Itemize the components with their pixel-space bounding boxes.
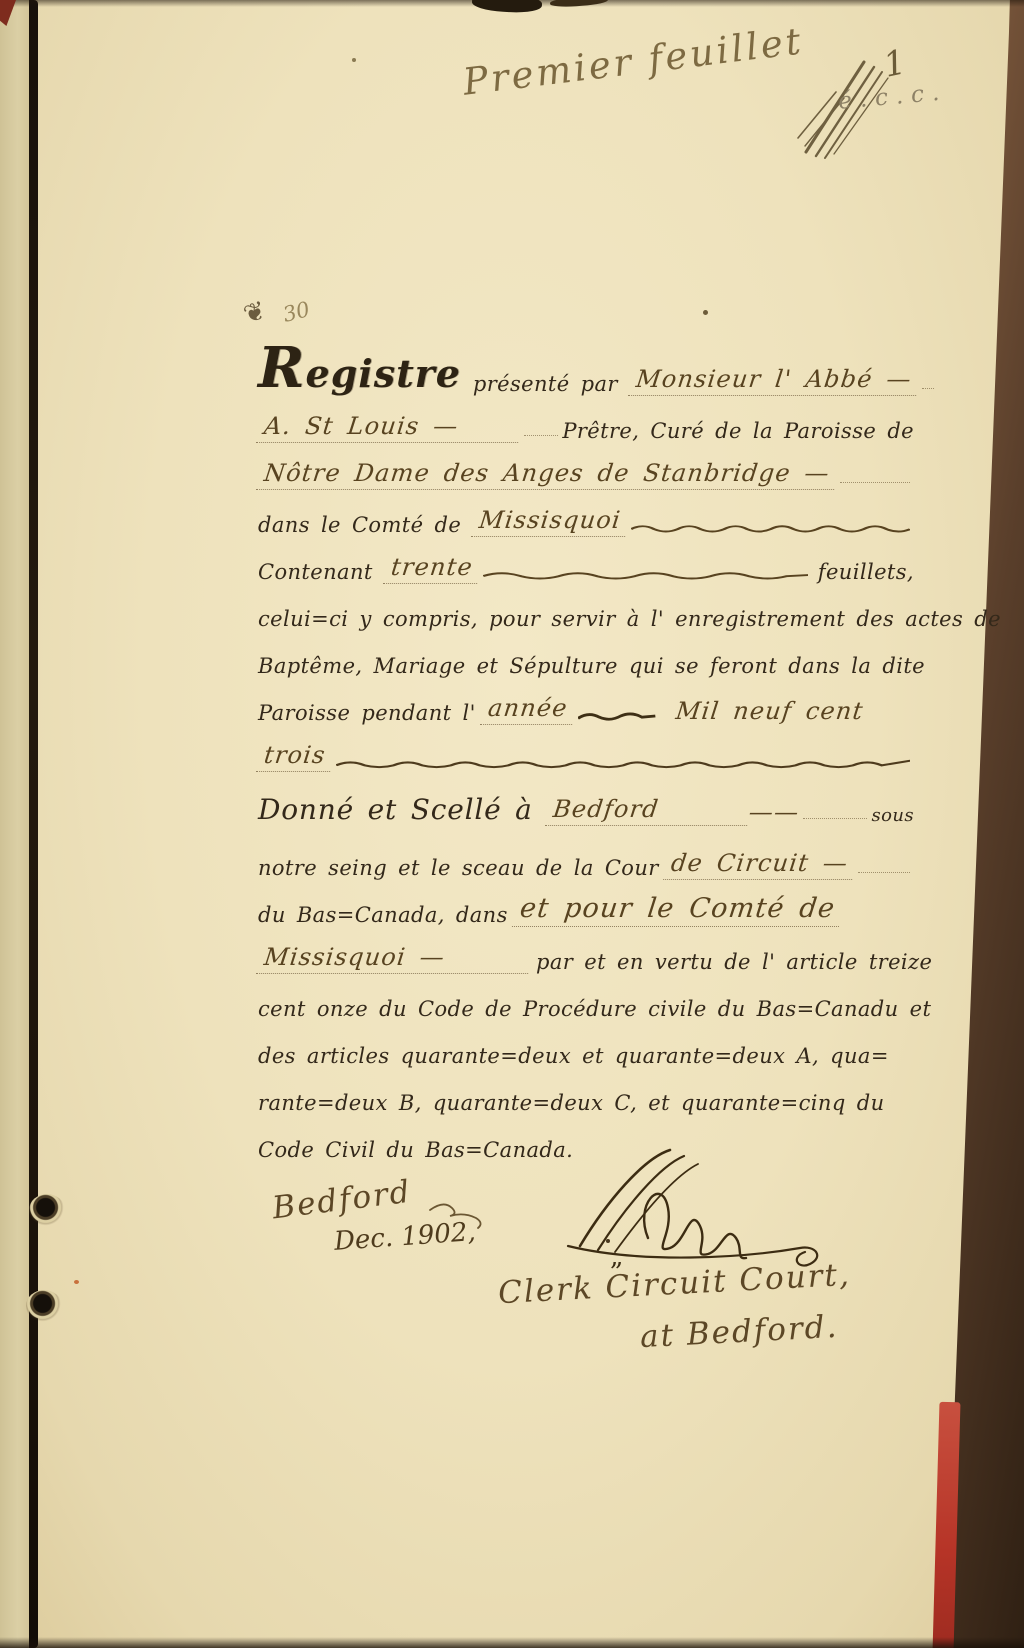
printed-sealed-label: Donné et Scellé à (258, 793, 533, 826)
printed-label: sous (871, 805, 914, 826)
printed-statute: Code Civil du Bas=Canada. (258, 1138, 573, 1162)
form-line: celui=ci y compris, pour servir à l' enr… (258, 584, 914, 631)
clerk-signature (552, 1146, 842, 1271)
form-line: cent onze du Code de Procédure civile du… (258, 974, 914, 1021)
written-year-value: Mil neuf cent (674, 697, 865, 725)
form-title: Registre (258, 340, 461, 396)
printed-statute: des articles quarante=deux et quarante=d… (258, 1044, 889, 1068)
register-form: Registre présenté par Monsieur l' Abbé —… (258, 334, 914, 1162)
written-dash: —— (747, 798, 801, 826)
binding-gutter-shadow (29, 0, 38, 1648)
paper-speck (703, 310, 708, 315)
printed-label: Contenant (258, 560, 373, 584)
rule-line (922, 386, 934, 389)
written-court-type: de Circuit — (663, 849, 856, 880)
written-jurisdiction: et pour le Comté de (512, 893, 843, 927)
ink-squiggle (578, 709, 658, 723)
ink-squiggle (631, 521, 910, 535)
form-line: dans le Comté de Missisquoi (258, 490, 914, 537)
written-sealed-place: Bedford (545, 795, 751, 826)
quote-mark: „ (610, 1242, 623, 1272)
form-line: trois (258, 725, 914, 772)
form-line: Nôtre Dame des Anges de Stanbridge — (258, 443, 914, 490)
pen-flourish-icon (428, 1196, 488, 1230)
printed-clause: par et en vertu de l' article treize (536, 950, 932, 974)
written-year-value: trois (256, 741, 333, 772)
form-line: notre seing et le sceau de la Cour de Ci… (258, 826, 914, 880)
facing-page-strip (0, 0, 30, 1648)
form-line: Paroisse pendant l' année Mil neuf cent (258, 678, 914, 725)
form-line: rante=deux B, quarante=deux C, et quaran… (258, 1068, 914, 1115)
form-line: Contenant trente feuillets, (258, 537, 914, 584)
form-line: A. St Louis — Prêtre, Curé de la Paroiss… (258, 396, 914, 443)
ink-squiggle (483, 568, 808, 582)
written-priest-name: A. St Louis — (256, 412, 522, 443)
form-line: Baptême, Mariage et Sépulture qui se fer… (258, 631, 914, 678)
form-line: des articles quarante=deux et quarante=d… (258, 1021, 914, 1068)
scanned-register-page: Premier feuillet 1 é.c.c. 30 ❦ Registre … (0, 0, 1024, 1648)
written-parish-name: Nôtre Dame des Anges de Stanbridge — (256, 459, 837, 490)
printed-label: Paroisse pendant l' (258, 701, 476, 725)
bottom-edge-shadow (0, 1637, 1024, 1648)
rule-line (524, 433, 558, 436)
binding-hole (29, 1194, 65, 1226)
printed-statute: cent onze du Code de Procédure civile du… (258, 997, 931, 1021)
written-presenter: Monsieur l' Abbé — (628, 365, 919, 396)
form-line: Registre présenté par Monsieur l' Abbé — (258, 334, 914, 396)
printed-label: présenté par (473, 372, 618, 396)
printed-label: feuillets, (818, 560, 914, 584)
form-line: du Bas=Canada, dans et pour le Comté de (258, 880, 914, 927)
rule-line (840, 480, 910, 483)
binding-hole (26, 1290, 62, 1322)
printed-clause: celui=ci y compris, pour servir à l' enr… (258, 607, 1001, 631)
ink-squiggle (336, 756, 910, 770)
printed-clause: du Bas=Canada, dans (258, 903, 508, 927)
rule-line (858, 870, 910, 873)
paper-speck (74, 1280, 79, 1284)
printed-clause: Baptême, Mariage et Sépulture qui se fer… (258, 654, 925, 678)
written-county-name: Missisquoi (471, 506, 629, 537)
rule-line (803, 816, 867, 819)
printed-clause: notre seing et le sceau de la Cour (258, 856, 659, 880)
printed-label: Prêtre, Curé de la Paroisse de (562, 419, 914, 443)
form-line: Donné et Scellé à Bedford —— sous (258, 772, 914, 826)
written-year-word: année (480, 694, 575, 725)
printed-statute: rante=deux B, quarante=deux C, et quaran… (258, 1091, 885, 1115)
printed-label: dans le Comté de (258, 513, 461, 537)
form-line: Missisquoi — par et en vertu de l' artic… (258, 927, 914, 974)
paper-speck (352, 58, 356, 62)
written-leaf-count: trente (383, 553, 481, 584)
written-county-name: Missisquoi — (256, 943, 532, 974)
